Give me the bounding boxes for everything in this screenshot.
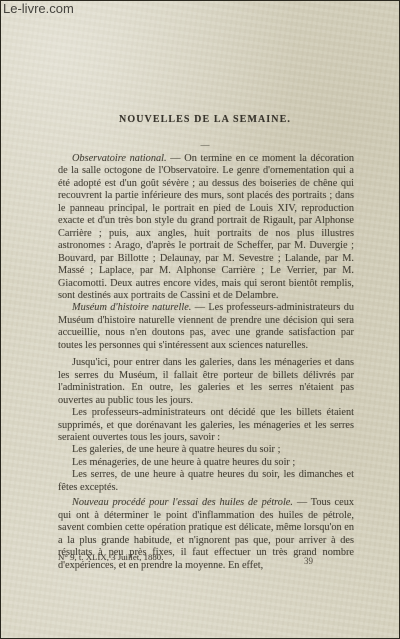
paragraph-text: Jusqu'ici, pour entrer dans les galeries…	[58, 357, 354, 405]
paragraph-text: Les serres, de une heure à quatre heures…	[58, 469, 354, 492]
paragraph-text: Les ménageries, de une heure à quatre he…	[72, 457, 295, 468]
scanned-page: Le-livre.com NOUVELLES DE LA SEMAINE. — …	[0, 0, 400, 639]
paragraph-lead: Nouveau procédé pour l'essai des huiles …	[72, 497, 293, 508]
section-title: NOUVELLES DE LA SEMAINE.	[56, 114, 354, 125]
bookseller-watermark: Le-livre.com	[3, 1, 74, 16]
article-body: Observatoire national. — On termine en c…	[58, 153, 354, 572]
paragraph-text: Les professeurs-administrateurs ont déci…	[58, 407, 354, 443]
paragraph-lead: Muséum d'histoire naturelle.	[72, 302, 191, 313]
section-divider: —	[56, 140, 354, 150]
article-paragraph: Muséum d'histoire naturelle. — Les profe…	[58, 302, 354, 352]
article-paragraph: Observatoire national. — On termine en c…	[58, 153, 354, 302]
article-paragraph: Jusqu'ici, pour entrer dans les galeries…	[58, 357, 354, 407]
paragraph-text: — On termine en ce moment la décoration …	[58, 153, 354, 301]
paragraph-lead: Observatoire national.	[72, 153, 167, 164]
paragraph-text: Les galeries, de une heure à quatre heur…	[72, 444, 280, 455]
article-paragraph: Les galeries, de une heure à quatre heur…	[58, 444, 354, 456]
article-paragraph: Les serres, de une heure à quatre heures…	[58, 469, 354, 494]
article-paragraph: Les professeurs-administrateurs ont déci…	[58, 407, 354, 444]
article-paragraph: Les ménageries, de une heure à quatre he…	[58, 457, 354, 469]
page-number: 39	[304, 556, 313, 566]
